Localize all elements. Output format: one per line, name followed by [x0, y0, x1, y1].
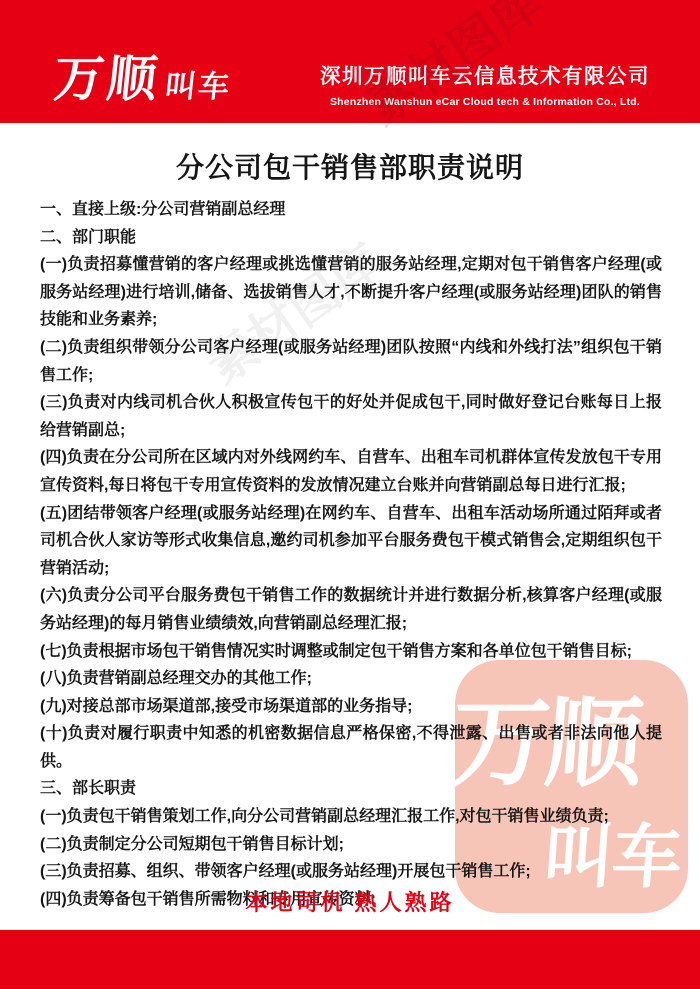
- paragraph: (七)负责根据市场包干销售情况实时调整或制定包干销售方案和各单位包干销售目标;: [40, 638, 662, 666]
- paragraph: (三)负责对内线司机合伙人积极宣传包干的好处并促成包干,同时做好登记台账每日上报…: [40, 389, 662, 444]
- brand-logo: 万顺 叫车: [52, 56, 235, 103]
- document-title: 分公司包干销售部职责说明: [0, 146, 700, 186]
- document-body: 一、直接上级:分公司营销副总经理二、部门职能(一)负责招募懂营销的客户经理或挑选…: [40, 196, 662, 913]
- paragraph: (一)负责招募懂营销的客户经理或挑选懂营销的服务站经理,定期对包干销售客户经理(…: [40, 251, 662, 334]
- footer-band: [0, 930, 700, 989]
- paragraph: (五)团结带领客户经理(或服务站经理)在网约车、自营车、出租车活动场所通过陌拜或…: [40, 500, 662, 583]
- header-band: 万顺 叫车 深圳万顺叫车云信息技术有限公司 Shenzhen Wanshun e…: [0, 0, 700, 123]
- paragraph: 二、部门职能: [40, 224, 662, 252]
- paragraph: (二)负责制定分公司短期包干销售目标计划;: [40, 831, 662, 859]
- paragraph: (一)负责包干销售策划工作,向分公司营销副总经理汇报工作,对包干销售业绩负责;: [40, 803, 662, 831]
- company-name-block: 深圳万顺叫车云信息技术有限公司 Shenzhen Wanshun eCar Cl…: [320, 59, 650, 108]
- paragraph: 一、直接上级:分公司营销副总经理: [40, 196, 662, 224]
- paragraph: (四)负责在分公司所在区域内对外线网约车、自营车、出租车司机群体宣传发放包干专用…: [40, 444, 662, 499]
- brand-logo-text-main: 万顺: [52, 56, 163, 103]
- company-name-en: Shenzhen Wanshun eCar Cloud tech & Infor…: [320, 96, 650, 108]
- paragraph: (三)负责招募、组织、带领客户经理(或服务站经理)开展包干销售工作;: [40, 858, 662, 886]
- document-page: 素材图库 分公司包干销售部职责说明 一、直接上级:分公司营销副总经理二、部门职能…: [0, 123, 700, 930]
- paragraph: 三、部长职责: [40, 775, 662, 803]
- paragraph: (九)对接总部市场渠道部,接受市场渠道部的业务指导;: [40, 693, 662, 721]
- paragraph: (八)负责营销副总经理交办的其他工作;: [40, 665, 662, 693]
- slogan: 本地司机 熟人熟路: [0, 886, 700, 917]
- paragraph: (二)负责组织带领分公司客户经理(或服务站经理)团队按照“内线和外线打法”组织包…: [40, 334, 662, 389]
- brand-logo-text-sub: 叫车: [164, 71, 233, 102]
- paragraph: (十)负责对履行职责中知悉的机密数据信息严格保密,不得泄露、出售或者非法向他人提…: [40, 720, 662, 775]
- company-name-cn: 深圳万顺叫车云信息技术有限公司: [320, 59, 650, 89]
- paragraph: (六)负责分公司平台服务费包干销售工作的数据统计并进行数据分析,核算客户经理(或…: [40, 582, 662, 637]
